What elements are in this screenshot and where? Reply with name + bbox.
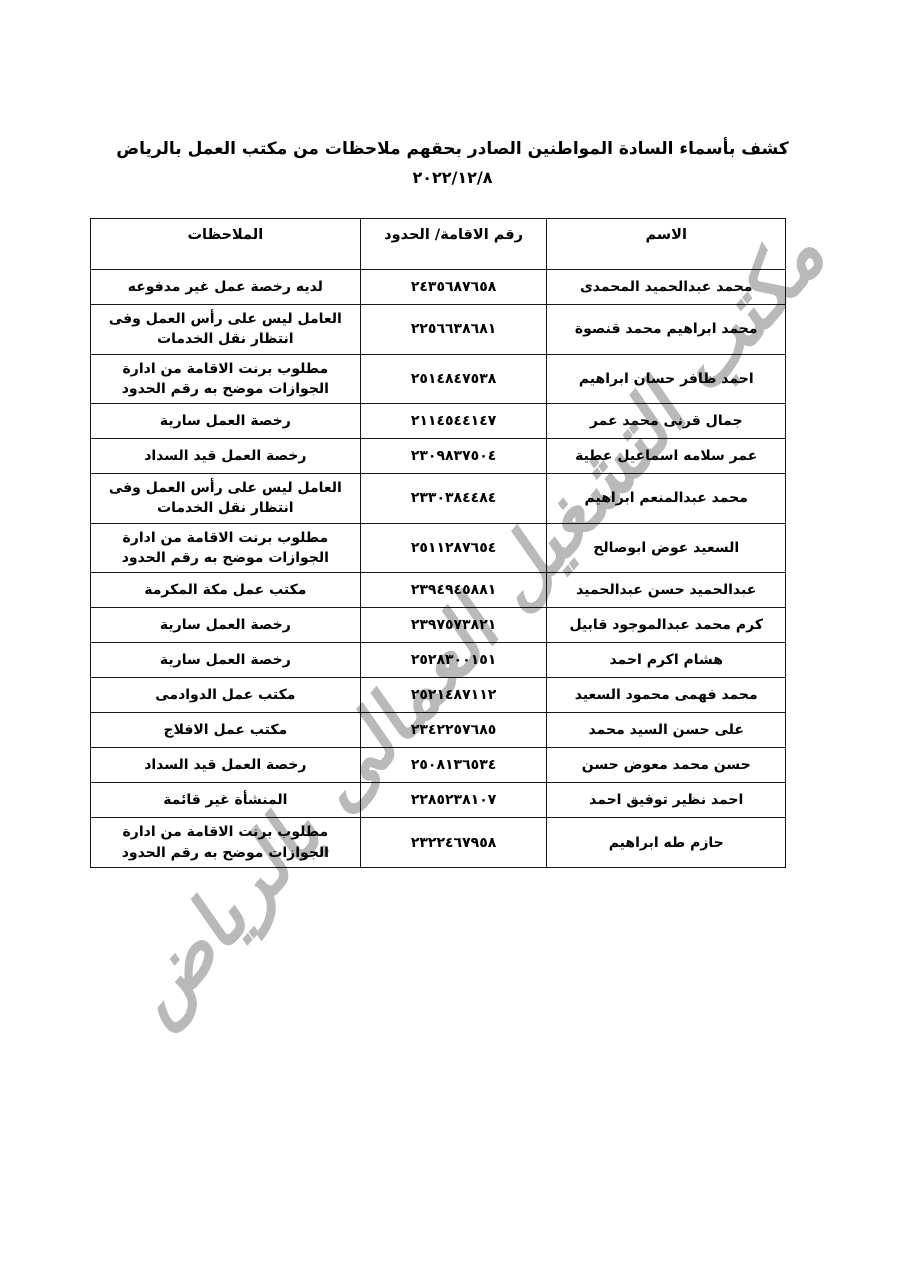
cell-name: محمد عبدالمنعم ابراهيم <box>547 474 786 524</box>
column-header-notes: الملاحظات <box>91 219 361 270</box>
cell-name: احمد نظير توفيق احمد <box>547 783 786 818</box>
cell-residence-border-number: ٢١١٤٥٤٤١٤٧ <box>360 404 547 439</box>
table-row: محمد ابراهيم محمد قنصوة٢٢٥٦٦٣٨٦٨١العامل … <box>91 305 786 355</box>
table-row: محمد فهمى محمود السعيد٢٥٢١٤٨٧١١٢مكتب عمل… <box>91 678 786 713</box>
cell-residence-border-number: ٢٢٨٥٢٣٨١٠٧ <box>360 783 547 818</box>
table-row: عبدالحميد حسن عبدالحميد٢٣٩٤٩٤٥٨٨١مكتب عم… <box>91 573 786 608</box>
cell-notes: مكتب عمل الدوادمى <box>91 678 361 713</box>
table-row: حسن محمد معوض حسن٢٥٠٨١٣٦٥٣٤رخصة العمل قي… <box>91 748 786 783</box>
table-head: الاسم رقم الاقامة/ الحدود الملاحظات <box>91 219 786 270</box>
cell-name: جمال قرنى محمد عمر <box>547 404 786 439</box>
cell-name: حازم طه ابراهيم <box>547 818 786 868</box>
cell-notes: المنشأة غير قائمة <box>91 783 361 818</box>
cell-residence-border-number: ٢٤٣٥٦٨٧٦٥٨ <box>360 270 547 305</box>
document-date: ٢٠٢٢/١٢/٨ <box>0 168 905 187</box>
cell-notes: لديه رخصة عمل غير مدفوعه <box>91 270 361 305</box>
cell-residence-border-number: ٢٥٢١٤٨٧١١٢ <box>360 678 547 713</box>
cell-name: عمر سلامه اسماعيل عطية <box>547 439 786 474</box>
column-header-name: الاسم <box>547 219 786 270</box>
cell-name: محمد ابراهيم محمد قنصوة <box>547 305 786 355</box>
cell-name: السعيد عوض ابوصالح <box>547 523 786 573</box>
table-row: كرم محمد عبدالموجود قابيل٢٣٩٧٥٧٣٨٢١رخصة … <box>91 608 786 643</box>
cell-name: هشام اكرم احمد <box>547 643 786 678</box>
scanned-document-page: كشف بأسماء السادة المواطنين الصادر بحقهم… <box>0 0 905 1280</box>
cell-notes: رخصة العمل قيد السداد <box>91 439 361 474</box>
cell-residence-border-number: ٢٣٩٤٩٤٥٨٨١ <box>360 573 547 608</box>
table-row: جمال قرنى محمد عمر٢١١٤٥٤٤١٤٧رخصة العمل س… <box>91 404 786 439</box>
document-header: كشف بأسماء السادة المواطنين الصادر بحقهم… <box>0 136 905 187</box>
cell-notes: مكتب عمل مكة المكرمة <box>91 573 361 608</box>
citizens-notes-table: الاسم رقم الاقامة/ الحدود الملاحظات محمد… <box>90 218 786 868</box>
table-row: السعيد عوض ابوصالح٢٥١١٢٨٧٦٥٤مطلوب برنت ا… <box>91 523 786 573</box>
cell-notes: رخصة العمل قيد السداد <box>91 748 361 783</box>
cell-residence-border-number: ٢٢٥٦٦٣٨٦٨١ <box>360 305 547 355</box>
cell-residence-border-number: ٢٣٤٢٢٥٧٦٨٥ <box>360 713 547 748</box>
cell-notes: مطلوب برنت الاقامة من ادارة الجوازات موض… <box>91 523 361 573</box>
table-row: حازم طه ابراهيم٢٣٢٢٤٦٧٩٥٨مطلوب برنت الاق… <box>91 818 786 868</box>
cell-name: عبدالحميد حسن عبدالحميد <box>547 573 786 608</box>
cell-notes: مكتب عمل الافلاج <box>91 713 361 748</box>
cell-notes: مطلوب برنت الاقامة من ادارة الجوازات موض… <box>91 354 361 404</box>
table-row: محمد عبدالحميد المحمدى٢٤٣٥٦٨٧٦٥٨لديه رخص… <box>91 270 786 305</box>
column-header-residence-border-number: رقم الاقامة/ الحدود <box>360 219 547 270</box>
cell-notes: العامل ليس على رأس العمل وفى انتظار نقل … <box>91 305 361 355</box>
table-header-row: الاسم رقم الاقامة/ الحدود الملاحظات <box>91 219 786 270</box>
table-row: محمد عبدالمنعم ابراهيم٢٣٣٠٣٨٤٤٨٤العامل ل… <box>91 474 786 524</box>
cell-name: حسن محمد معوض حسن <box>547 748 786 783</box>
cell-notes: رخصة العمل سارية <box>91 404 361 439</box>
cell-residence-border-number: ٢٥١١٢٨٧٦٥٤ <box>360 523 547 573</box>
table-body: محمد عبدالحميد المحمدى٢٤٣٥٦٨٧٦٥٨لديه رخص… <box>91 270 786 868</box>
cell-residence-border-number: ٢٥١٤٨٤٧٥٣٨ <box>360 354 547 404</box>
cell-residence-border-number: ٢٥٢٨٣٠٠١٥١ <box>360 643 547 678</box>
cell-notes: العامل ليس على رأس العمل وفى انتظار نقل … <box>91 474 361 524</box>
table-row: عمر سلامه اسماعيل عطية٢٣٠٩٨٣٧٥٠٤رخصة الع… <box>91 439 786 474</box>
cell-residence-border-number: ٢٥٠٨١٣٦٥٣٤ <box>360 748 547 783</box>
cell-name: احمد ظافر حسان ابراهيم <box>547 354 786 404</box>
document-title: كشف بأسماء السادة المواطنين الصادر بحقهم… <box>0 136 905 163</box>
cell-name: كرم محمد عبدالموجود قابيل <box>547 608 786 643</box>
cell-name: على حسن السيد محمد <box>547 713 786 748</box>
cell-residence-border-number: ٢٣٠٩٨٣٧٥٠٤ <box>360 439 547 474</box>
table-row: احمد ظافر حسان ابراهيم٢٥١٤٨٤٧٥٣٨مطلوب بر… <box>91 354 786 404</box>
cell-name: محمد فهمى محمود السعيد <box>547 678 786 713</box>
cell-name: محمد عبدالحميد المحمدى <box>547 270 786 305</box>
cell-notes: رخصة العمل سارية <box>91 608 361 643</box>
cell-residence-border-number: ٢٣٢٢٤٦٧٩٥٨ <box>360 818 547 868</box>
table-row: على حسن السيد محمد٢٣٤٢٢٥٧٦٨٥مكتب عمل الا… <box>91 713 786 748</box>
table-row: هشام اكرم احمد٢٥٢٨٣٠٠١٥١رخصة العمل سارية <box>91 643 786 678</box>
cell-residence-border-number: ٢٣٣٠٣٨٤٤٨٤ <box>360 474 547 524</box>
table-row: احمد نظير توفيق احمد٢٢٨٥٢٣٨١٠٧المنشأة غي… <box>91 783 786 818</box>
cell-notes: رخصة العمل سارية <box>91 643 361 678</box>
cell-notes: مطلوب برنت الاقامة من ادارة الجوازات موض… <box>91 818 361 868</box>
cell-residence-border-number: ٢٣٩٧٥٧٣٨٢١ <box>360 608 547 643</box>
